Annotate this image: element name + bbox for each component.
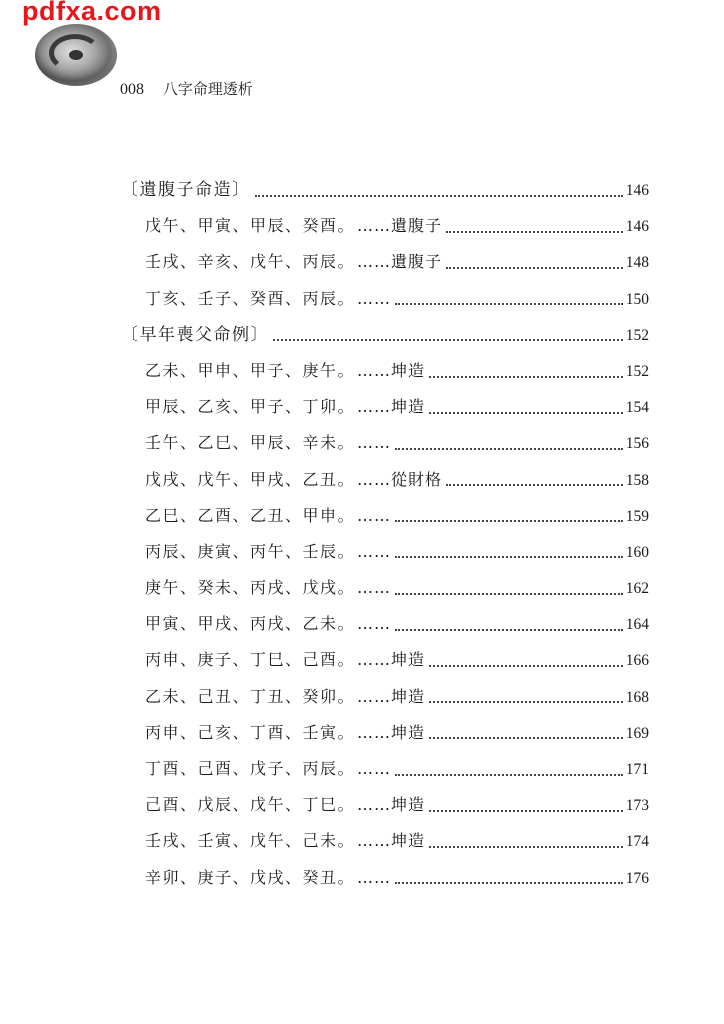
entry-pillars: 壬戌、辛亥、戊午、丙辰。	[145, 244, 355, 280]
entry-page: 169	[625, 716, 649, 752]
section-title: 〔遺腹子命造〕	[121, 172, 251, 208]
book-logo-icon	[35, 24, 117, 86]
dot-leader	[395, 519, 623, 522]
entry-pillars: 乙巳、乙酉、乙丑、甲申。	[145, 498, 355, 534]
entry-pillars: 戊戌、戊午、甲戌、乙丑。	[145, 462, 355, 498]
dot-leader	[395, 555, 623, 558]
entry-pillars: 乙未、己丑、丁丑、癸卯。	[145, 679, 355, 715]
entry-pillars: 壬午、乙巳、甲辰、辛未。	[145, 425, 355, 461]
entry-pillars: 丙辰、庚寅、丙午、壬辰。	[145, 534, 355, 570]
entry-pillars: 己酉、戊辰、戊午、丁巳。	[145, 787, 355, 823]
dot-leader	[395, 592, 623, 595]
table-of-contents: 〔遺腹子命造〕 146 戊午、甲寅、甲辰、癸酉。 ……遺腹子 146 壬戌、辛亥…	[121, 172, 649, 896]
entry-tag: ……遺腹子	[357, 244, 442, 280]
entry-tag: ……	[357, 281, 391, 317]
entry-page: 154	[625, 390, 649, 426]
dot-leader	[446, 266, 623, 269]
entry-page: 173	[625, 788, 649, 824]
entry-tag: ……坤造	[357, 823, 425, 859]
watermark-text: pdfxa.com	[22, 0, 162, 27]
entry-page: 156	[625, 426, 649, 462]
entry-tag: ……坤造	[357, 679, 425, 715]
entry-pillars: 壬戌、壬寅、戊午、己未。	[145, 823, 355, 859]
logo-center	[69, 50, 83, 60]
toc-entry[interactable]: 甲寅、甲戌、丙戌、乙未。 …… 164	[121, 606, 649, 642]
toc-entry[interactable]: 丙申、己亥、丁酉、壬寅。 ……坤造 169	[121, 715, 649, 751]
entry-pillars: 甲辰、乙亥、甲子、丁卯。	[145, 389, 355, 425]
entry-tag: ……坤造	[357, 389, 425, 425]
dot-leader	[429, 736, 623, 739]
dot-leader	[446, 483, 623, 486]
dot-leader	[429, 700, 623, 703]
entry-pillars: 乙未、甲申、甲子、庚午。	[145, 353, 355, 389]
toc-entry[interactable]: 丁酉、己酉、戊子、丙辰。 …… 171	[121, 751, 649, 787]
entry-tag: ……	[357, 570, 391, 606]
entry-pillars: 丁酉、己酉、戊子、丙辰。	[145, 751, 355, 787]
entry-tag: ……從財格	[357, 462, 442, 498]
entry-page: 158	[625, 463, 649, 499]
entry-tag: ……坤造	[357, 787, 425, 823]
entry-pillars: 庚午、癸未、丙戌、戊戌。	[145, 570, 355, 606]
dot-leader	[395, 302, 623, 305]
toc-entry[interactable]: 戊戌、戊午、甲戌、乙丑。 ……從財格 158	[121, 462, 649, 498]
toc-entry[interactable]: 壬戌、辛亥、戊午、丙辰。 ……遺腹子 148	[121, 244, 649, 280]
entry-pillars: 戊午、甲寅、甲辰、癸酉。	[145, 208, 355, 244]
dot-leader	[395, 447, 623, 450]
entry-tag: ……坤造	[357, 353, 425, 389]
page-number: 008	[120, 81, 144, 98]
toc-entry[interactable]: 甲辰、乙亥、甲子、丁卯。 ……坤造 154	[121, 389, 649, 425]
entry-page: 164	[625, 607, 649, 643]
entry-page: 159	[625, 499, 649, 535]
running-header: 008 八字命理透析	[120, 78, 253, 99]
entry-page: 160	[625, 535, 649, 571]
entry-page: 176	[625, 861, 649, 897]
entry-tag: ……	[357, 751, 391, 787]
entry-pillars: 丙申、庚子、丁巳、己酉。	[145, 642, 355, 678]
toc-entry[interactable]: 丁亥、壬子、癸酉、丙辰。 …… 150	[121, 281, 649, 317]
entry-tag: ……坤造	[357, 715, 425, 751]
entry-page: 174	[625, 824, 649, 860]
entry-page: 171	[625, 752, 649, 788]
entry-page: 146	[625, 209, 649, 245]
toc-entry[interactable]: 戊午、甲寅、甲辰、癸酉。 ……遺腹子 146	[121, 208, 649, 244]
dot-leader	[429, 845, 623, 848]
toc-entry[interactable]: 丙辰、庚寅、丙午、壬辰。 …… 160	[121, 534, 649, 570]
dot-leader	[429, 375, 623, 378]
entry-page: 162	[625, 571, 649, 607]
book-title: 八字命理透析	[163, 80, 253, 98]
entry-pillars: 辛卯、庚子、戊戌、癸丑。	[145, 860, 355, 896]
toc-entry[interactable]: 丙申、庚子、丁巳、己酉。 ……坤造 166	[121, 642, 649, 678]
toc-entry[interactable]: 己酉、戊辰、戊午、丁巳。 ……坤造 173	[121, 787, 649, 823]
dot-leader	[429, 411, 623, 414]
entry-pillars: 甲寅、甲戌、丙戌、乙未。	[145, 606, 355, 642]
section-title: 〔早年喪父命例〕	[121, 317, 269, 353]
toc-section-heading[interactable]: 〔早年喪父命例〕 152	[121, 317, 649, 353]
entry-tag: ……遺腹子	[357, 208, 442, 244]
toc-entry[interactable]: 壬午、乙巳、甲辰、辛未。 …… 156	[121, 425, 649, 461]
dot-leader	[273, 338, 623, 341]
entry-tag: ……	[357, 606, 391, 642]
entry-page: 166	[625, 643, 649, 679]
entry-tag: ……	[357, 425, 391, 461]
dot-leader	[395, 628, 623, 631]
dot-leader	[429, 664, 623, 667]
dot-leader	[255, 194, 624, 197]
entry-tag: ……	[357, 860, 391, 896]
section-page: 152	[625, 318, 649, 354]
toc-entry[interactable]: 乙未、甲申、甲子、庚午。 ……坤造 152	[121, 353, 649, 389]
entry-pillars: 丙申、己亥、丁酉、壬寅。	[145, 715, 355, 751]
toc-entry[interactable]: 乙巳、乙酉、乙丑、甲申。 …… 159	[121, 498, 649, 534]
entry-page: 148	[625, 245, 649, 281]
dot-leader	[395, 773, 623, 776]
entry-page: 152	[625, 354, 649, 390]
entry-tag: ……	[357, 498, 391, 534]
toc-entry[interactable]: 壬戌、壬寅、戊午、己未。 ……坤造 174	[121, 823, 649, 859]
entry-tag: ……	[357, 534, 391, 570]
toc-section-heading[interactable]: 〔遺腹子命造〕 146	[121, 172, 649, 208]
section-page: 146	[625, 173, 649, 209]
toc-entry[interactable]: 辛卯、庚子、戊戌、癸丑。 …… 176	[121, 860, 649, 896]
entry-page: 168	[625, 680, 649, 716]
dot-leader	[395, 881, 623, 884]
toc-entry[interactable]: 乙未、己丑、丁丑、癸卯。 ……坤造 168	[121, 679, 649, 715]
toc-entry[interactable]: 庚午、癸未、丙戌、戊戌。 …… 162	[121, 570, 649, 606]
dot-leader	[429, 809, 623, 812]
entry-page: 150	[625, 282, 649, 318]
dot-leader	[446, 230, 623, 233]
entry-tag: ……坤造	[357, 642, 425, 678]
entry-pillars: 丁亥、壬子、癸酉、丙辰。	[145, 281, 355, 317]
